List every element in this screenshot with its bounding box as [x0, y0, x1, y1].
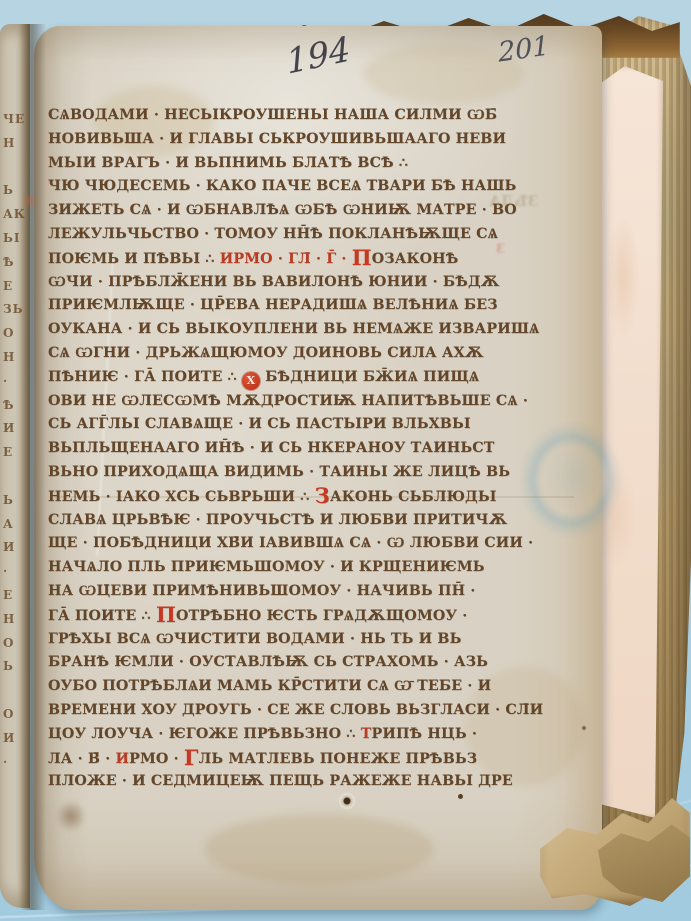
text-line: ПОѤМЬ И ПѢВЬІ ∴ ИРМ̄О · ГЛ̄ · Г̄ · ПОЗАК…: [48, 247, 558, 271]
text-line: БРАНѢ ѤМЛИ · ОУСТАВЛѢѬ СЬ СТРАХОМЬ · АЗЬ: [48, 651, 558, 675]
text-segment: МЬІИ ВРАГЪ · И ВЬПНИМЬ БЛАТѢ ВСѢ ∴: [48, 155, 408, 171]
text-line: СЛАВѦ ЦРЬВѢѤ · ПРОУЧЬСТѢ И ЛЮБВИ ПРИТИЧѪ: [48, 509, 558, 533]
text-line: ОУКАНА · И СЬ ВЬІКОУПЛЕНИ ВЬ НЕМѦЖЕ ИЗВА…: [48, 318, 558, 342]
text-line: НЕМЬ · ІАКО ХС̄Ь СЬВРЬШИ ∴ ЗАКОНЬ СЬБЛЮД…: [48, 485, 558, 509]
text-line: ВРЕМЕНИ ХОУ ДРОУГЬ · СЕ ЖЕ СЛОВЬ ВЬЗГЛАС…: [48, 699, 558, 723]
rubric-text: Т: [361, 726, 372, 742]
text-block: СѦВОДАМИ · НЕСЬІКРОУШЕНЬІ НАША СИЛМИ ѠБ̄…: [48, 104, 558, 794]
text-segment: БѢДНИЦИ БЖ̄ИѦ ПИЩѦ: [260, 369, 479, 385]
text-line: ВЬНО ПРИХОДѦЩА ВИДИМЬ · ТАИНЬІ ЖЕ ЛИЦѢ В…: [48, 461, 558, 485]
text-segment: ВЬПЛЬЩЕНААГО ИН̄Ѣ · И СЬ НКЕРАНОУ ТАИНЬС…: [48, 440, 495, 456]
text-line: ПРИѤМЛѬЩЕ · ЦР̄ЕВА НЕРАДИШѦ ВЕЛѢНИѦ БЕЗ: [48, 294, 558, 318]
text-line: ЦОУ ЛОУЧА · ѤГОЖЕ ПРѢВЬЗНО ∴ ТРИПѢ НЦЬ ·: [48, 723, 558, 747]
text-line: ГА̄ ПОИТЕ ∴ ПОТРѢБНО ѤСТЬ ГРѦДѪЩОМОУ ·: [48, 604, 558, 628]
rubric-text: ИРМ̄О · ГЛ̄ · Г̄ ·: [220, 251, 352, 267]
faded-stamp-stain: [494, 394, 648, 566]
folio-number-pencil-alt: 201: [497, 30, 550, 68]
rubric-initial: Г: [184, 745, 199, 770]
text-line: НОВИВЬША · И ГЛАВЬІ СЬКРОУШИВЬШААГО НЕВИ: [48, 128, 558, 152]
text-line: ЧЮ ЧЮДЕСЕМЬ · КАКО ПАЧЕ ВСЕѦ ТВАРИ БѢ НА…: [48, 175, 558, 199]
ornamental-initial: Х: [242, 372, 260, 390]
text-line: СЬ АГГ̄ЛЬІ СЛАВѦЩЕ · И СЬ ПАСТЬІРИ ВЛЬХВ…: [48, 413, 558, 437]
text-line: МЬІИ ВРАГЪ · И ВЬПНИМЬ БЛАТѢ ВСѢ ∴: [48, 152, 558, 176]
text-segment: ГРѢХЬІ ВСѦ ѠЧИСТИТИ ВОДАМИ · НЬ ТЬ И ВЬ: [48, 631, 462, 647]
ink-smudge: [58, 798, 84, 834]
parchment-page: 194 201 СѦВОДАМИ · НЕСЬІКРОУШЕНЬІ НАША С…: [34, 26, 602, 910]
text-line: ЛА · В̄ · ИРМО · ГЛЬ МАТЛЕВЬ ПОНЕЖЕ ПРѢВ…: [48, 747, 558, 771]
show-through-red-mark: З: [496, 242, 505, 257]
wormhole: [338, 792, 356, 810]
rubric-initial: П: [352, 245, 372, 270]
ink-speck: [582, 726, 586, 730]
text-segment: СѦВОДАМИ · НЕСЬІКРОУШЕНЬІ НАША СИЛМИ ѠБ̄: [48, 107, 497, 123]
text-line: ОВИ НЕ ѠЛЕСѠМѢ МѪДРОСТИѬ НАПИТѢВЬШЕ СѦ ·: [48, 390, 558, 414]
text-segment: НОВИВЬША · И ГЛАВЬІ СЬКРОУШИВЬШААГО НЕВИ: [48, 131, 506, 147]
text-line: СѦВОДАМИ · НЕСЬІКРОУШЕНЬІ НАША СИЛМИ ѠБ̄: [48, 104, 558, 128]
text-segment: НАЧѦЛО ПЛЬ ПРИѤМЬШОМОУ · И КРЩ̄ЕНИѤМЬ: [48, 559, 485, 575]
text-segment: ЛА · В̄ ·: [48, 751, 116, 767]
parchment-stain: [204, 814, 434, 884]
text-segment: СЬ АГГ̄ЛЬІ СЛАВѦЩЕ · И СЬ ПАСТЬІРИ ВЛЬХВ…: [48, 416, 471, 432]
text-segment: ОУБО ПОТРѢБЛѦИ МАМЬ КР̄СТИТИ СѦ Ѡ̄ ТЕБЕ …: [48, 678, 491, 694]
text-segment: ЛЬ МАТЛЕВЬ ПОНЕЖЕ ПРѢВЬЗ: [199, 751, 478, 767]
text-segment: ЩЕ · ПОБѢДНИЦИ ХВ̄И ІАВИВШѦ СѦ · Ѡ ЛЮБВИ…: [48, 535, 533, 551]
red-pigment-smudge: [24, 192, 36, 210]
text-segment: ОЗАКОНѢ: [372, 251, 459, 267]
text-segment: АКОНЬ СЬБЛЮДЬІ: [330, 489, 497, 505]
text-segment: ПЛОЖЕ · И СЕДМИЦЕѬ ПЕЩЬ РАЖЕЖЕ НАВЬІ ДРЕ: [48, 773, 513, 789]
text-segment: ГА̄ ПОИТЕ ∴: [48, 608, 156, 624]
text-line: НАЧѦЛО ПЛЬ ПРИѤМЬШОМОУ · И КРЩ̄ЕНИѤМЬ: [48, 556, 558, 580]
text-segment: СѦ ѠГНИ · ДРЬЖѦЩЮМОУ ДОИНОВЬ СИЛА АХѪ: [48, 345, 484, 361]
text-segment: ОВИ НЕ ѠЛЕСѠМѢ МѪДРОСТИѬ НАПИТѢВЬШЕ СѦ ·: [48, 393, 528, 409]
text-segment: НА ѠЦ̄ЕВИ ПРИМѢНИВЬШОМОУ · НАЧИВЬ ПН̄ ·: [48, 583, 475, 599]
text-segment: ВЬНО ПРИХОДѦЩА ВИДИМЬ · ТАИНЬІ ЖЕ ЛИЦѢ В…: [48, 464, 510, 480]
text-line: ЗИЖЕТЬ СѦ · И ѠБНАВЛѢѦ ѠБѢ ѠНИѬ МАТРЕ · …: [48, 199, 558, 223]
text-segment: ЦОУ ЛОУЧА · ѤГОЖЕ ПРѢВЬЗНО ∴: [48, 726, 361, 742]
text-line: ВЬПЛЬЩЕНААГО ИН̄Ѣ · И СЬ НКЕРАНОУ ТАИНЬС…: [48, 437, 558, 461]
text-segment: ВРЕМЕНИ ХОУ ДРОУГЬ · СЕ ЖЕ СЛОВЬ ВЬЗГЛАС…: [48, 702, 543, 718]
text-segment: ОУКАНА · И СЬ ВЬІКОУПЛЕНИ ВЬ НЕМѦЖЕ ИЗВА…: [48, 321, 539, 337]
text-segment: РМО ·: [129, 751, 184, 767]
text-segment: БРАНѢ ѤМЛИ · ОУСТАВЛѢѬ СЬ СТРАХОМЬ · АЗЬ: [48, 654, 488, 670]
text-segment: ЧЮ ЧЮДЕСЕМЬ · КАКО ПАЧЕ ВСЕѦ ТВАРИ БѢ НА…: [48, 178, 516, 194]
text-segment: ПѢНИѤ · ГА̄ ПОИТЕ ∴: [48, 369, 242, 385]
show-through-text: ЗѢЛА: [489, 192, 539, 210]
text-segment: ПРИѤМЛѬЩЕ · ЦР̄ЕВА НЕРАДИШѦ ВЕЛѢНИѦ БЕЗ: [48, 297, 498, 313]
rubric-initial: З: [315, 483, 330, 508]
text-segment: СЛАВѦ ЦРЬВѢѤ · ПРОУЧЬСТѢ И ЛЮБВИ ПРИТИЧѪ: [48, 512, 507, 528]
text-line: ГРѢХЬІ ВСѦ ѠЧИСТИТИ ВОДАМИ · НЬ ТЬ И ВЬ: [48, 628, 558, 652]
text-line: ЛЕЖУЛЬЧЬСТВО · ТОМОУ НН̄Ѣ ПОКЛАНѢѬЩЕ СѦ: [48, 223, 558, 247]
book-gutter-shadow: [20, 24, 46, 910]
text-line: ПѢНИѤ · ГА̄ ПОИТЕ ∴ Х БѢДНИЦИ БЖ̄ИѦ ПИЩѦ: [48, 366, 558, 390]
text-line: СѦ ѠГНИ · ДРЬЖѦЩЮМОУ ДОИНОВЬ СИЛА АХѪ: [48, 342, 558, 366]
ink-speck: [458, 794, 463, 799]
text-line: ОУБО ПОТРѢБЛѦИ МАМЬ КР̄СТИТИ СѦ Ѡ̄ ТЕБЕ …: [48, 675, 558, 699]
rubric-initial: П: [156, 602, 176, 627]
text-line: ѠЧ̄И · ПРѢБЛЖ̄ЕНИ ВЬ ВАВИЛОНѢ ЮНИИ · БѢД…: [48, 271, 558, 295]
rubric-text: И: [116, 751, 130, 767]
manuscript-photo: ЧЕНЬАКЬІѢЕЗЬОН·ѢИЕЬАИ·ЕНОЬОИ· 194 201 СѦ…: [0, 0, 691, 921]
text-line: ПЛОЖЕ · И СЕДМИЦЕѬ ПЕЩЬ РАЖЕЖЕ НАВЬІ ДРЕ: [48, 770, 558, 794]
text-segment: ОТРѢБНО ѤСТЬ ГРѦДѪЩОМОУ ·: [176, 608, 467, 624]
text-segment: НЕМЬ · ІАКО ХС̄Ь СЬВРЬШИ ∴: [48, 489, 315, 505]
text-line: ЩЕ · ПОБѢДНИЦИ ХВ̄И ІАВИВШѦ СѦ · Ѡ ЛЮБВИ…: [48, 532, 558, 556]
text-segment: РИПѢ НЦЬ ·: [371, 726, 477, 742]
text-segment: ПОѤМЬ И ПѢВЬІ ∴: [48, 251, 220, 267]
text-segment: ѠЧ̄И · ПРѢБЛЖ̄ЕНИ ВЬ ВАВИЛОНѢ ЮНИИ · БѢД…: [48, 274, 500, 290]
text-segment: ЛЕЖУЛЬЧЬСТВО · ТОМОУ НН̄Ѣ ПОКЛАНѢѬЩЕ СѦ: [48, 226, 498, 242]
text-segment: ЗИЖЕТЬ СѦ · И ѠБНАВЛѢѦ ѠБѢ ѠНИѬ МАТРЕ · …: [48, 202, 517, 218]
folio-number-pencil: 194: [285, 29, 353, 82]
text-line: НА ѠЦ̄ЕВИ ПРИМѢНИВЬШОМОУ · НАЧИВЬ ПН̄ ·: [48, 580, 558, 604]
